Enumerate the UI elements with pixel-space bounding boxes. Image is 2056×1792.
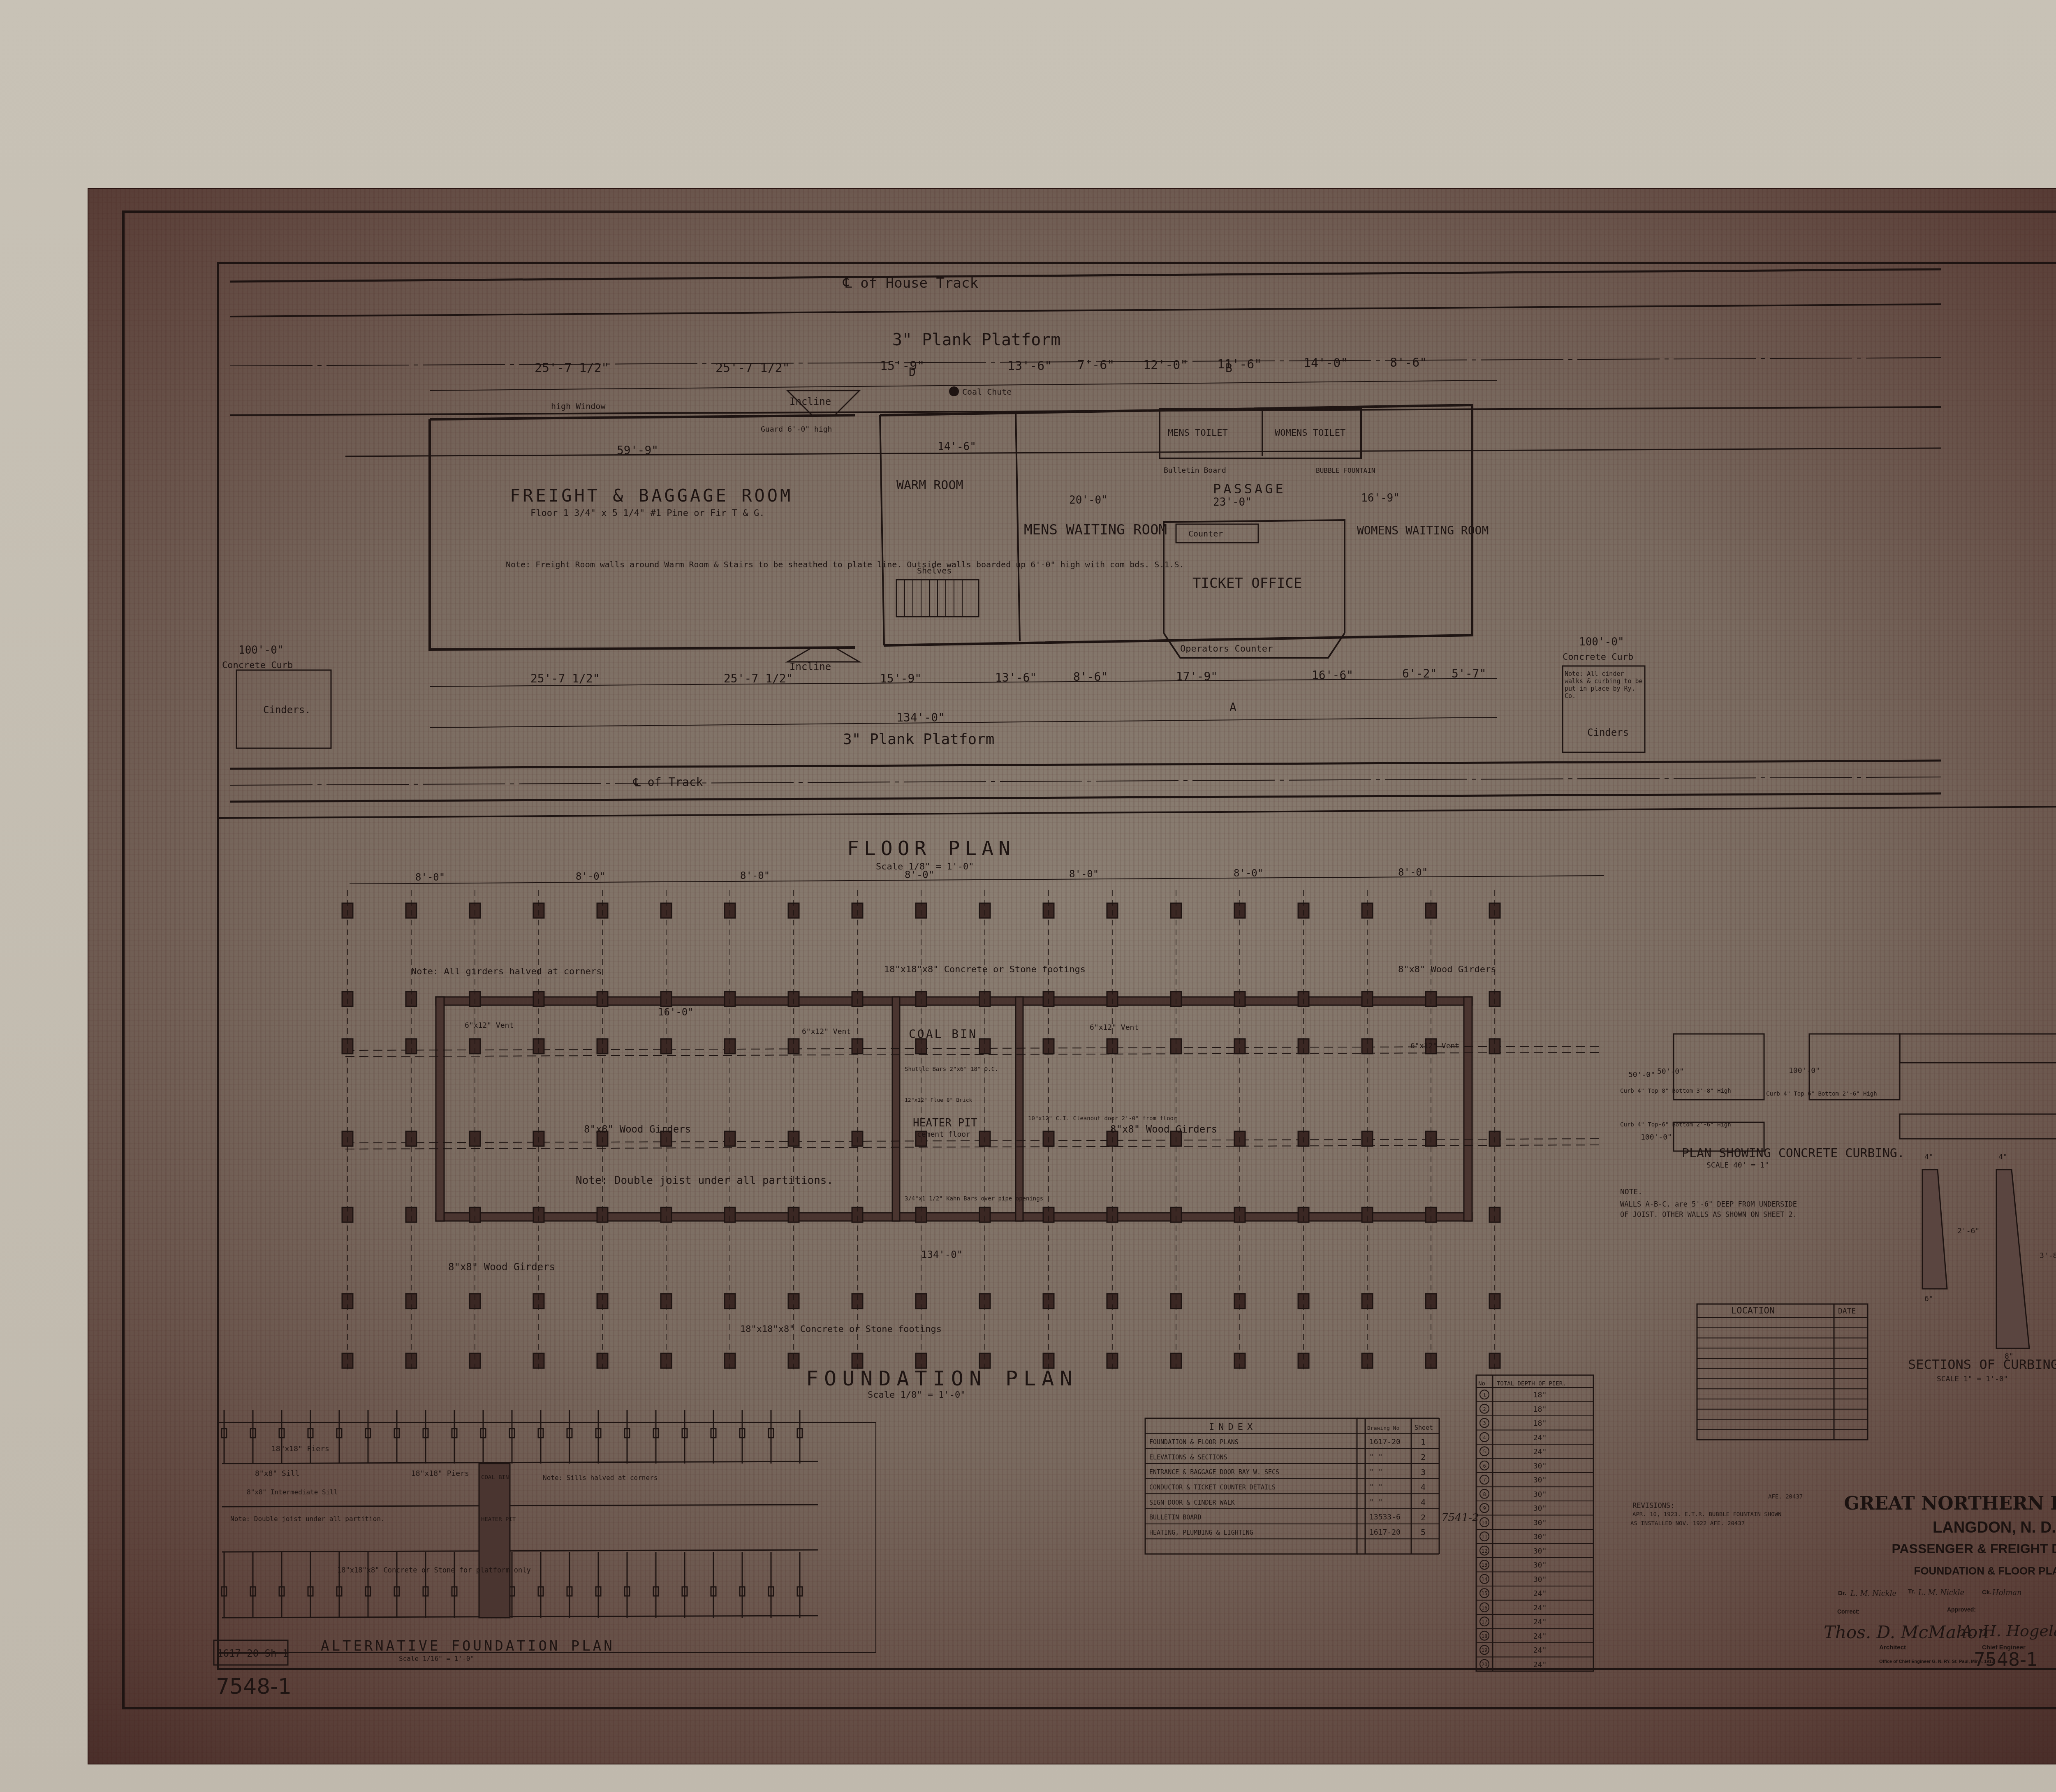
index-row-item: BULLETIN BOARD	[1149, 1514, 1201, 1521]
curb-right-dim: 100'-0"	[1579, 636, 1624, 648]
wood-girders-top: 8"x8" Wood Girders	[1398, 964, 1496, 975]
coal-bin-label: COAL BIN	[909, 1027, 977, 1041]
revision-line-1: APR. 10, 1923. E.T.R. BUBBLE FOUNTAIN SH…	[1632, 1511, 1781, 1518]
dim-womens: 16'-9"	[1361, 492, 1400, 504]
alt-heater-pit: HEATER PIT	[481, 1516, 516, 1523]
index-row-sheet: 2	[1421, 1452, 1426, 1462]
section-mark-a: A	[1229, 701, 1236, 714]
curbing-plan-scale: SCALE 40' = 1"	[1706, 1161, 1769, 1170]
curb-left-dim: 100'-0"	[238, 644, 284, 657]
alt-piers-label: 18"x18" Piers	[271, 1445, 329, 1453]
pier-row-depth: 30"	[1533, 1533, 1547, 1541]
vent-label-4: 6"x12" Vent	[1410, 1042, 1459, 1050]
guard-label: Guard 6'-0" high	[761, 425, 832, 434]
pier-row-depth: 24"	[1533, 1434, 1547, 1442]
bulletin-board-label: Bulletin Board	[1164, 466, 1226, 475]
index-row-sheet: 3	[1421, 1467, 1426, 1477]
pier-col-no: No	[1478, 1380, 1485, 1387]
afe-note: AFE. 20437	[1768, 1494, 1803, 1500]
floor-plan-title: FLOOR PLAN	[847, 837, 1015, 860]
inner-border	[218, 263, 2056, 1669]
pier-row-no: 8	[1483, 1491, 1486, 1497]
found-spacing-4: 8'-0"	[905, 869, 934, 881]
found-spacing-7: 8'-0"	[1398, 867, 1428, 878]
index-row-item: FOUNDATION & FLOOR PLANS	[1149, 1438, 1239, 1446]
index-title: INDEX	[1209, 1422, 1257, 1432]
pier-row-depth: 30"	[1533, 1462, 1547, 1471]
pier-row-no: 12	[1482, 1548, 1487, 1554]
alt-sill-label: 8"x8" Sill	[255, 1469, 299, 1478]
pier-row-no: 18	[1482, 1633, 1487, 1639]
dim-top-9: 8'-6"	[1390, 356, 1427, 370]
dim-bottom-2: 25'-7 1/2"	[724, 672, 793, 685]
dim-bottom-5: 8'-6"	[1073, 670, 1108, 684]
pier-row-depth: 18"	[1533, 1391, 1547, 1399]
curb-right-note: Note: All cinder walks & curbing to be p…	[1565, 670, 1643, 700]
footings-label-top: 18"x18"x8" Concrete or Stone footings	[884, 964, 1086, 975]
alt-platform-label: 18"x18"x8" Concrete or Stone for platfor…	[337, 1566, 531, 1575]
alt-foundation-plan: 18"x18" Piers 18"x18" Piers 8"x8" Sill 8…	[214, 1410, 876, 1699]
section1-bottom: 6"	[1924, 1295, 1933, 1303]
curb-right-label: Concrete Curb	[1563, 652, 1633, 662]
dim-bottom-9: 5'-7"	[1452, 667, 1486, 680]
depot-location: LANGDON, N. D.	[1933, 1519, 2056, 1536]
found-spacing-1: 8'-0"	[415, 872, 445, 883]
room-passage: PASSAGE	[1213, 481, 1286, 497]
outer-border	[123, 212, 2056, 1708]
pier-row-depth: 30"	[1533, 1490, 1547, 1499]
date-header: DATE	[1838, 1307, 1856, 1316]
architect-title: Architect	[1879, 1644, 1906, 1651]
dim-top-7: 11'-6"	[1217, 357, 1262, 372]
pier-row-no: 7	[1483, 1477, 1486, 1483]
pier-col-depth: TOTAL DEPTH OF PIER.	[1497, 1380, 1566, 1387]
pier-row-no: 11	[1482, 1534, 1487, 1540]
index-row-item: ENTRANCE & BAGGAGE DOOR BAY W. SECS	[1149, 1468, 1279, 1476]
pier-row-no: 5	[1483, 1449, 1486, 1454]
curb-left-fill: Cinders.	[263, 704, 311, 716]
sections-scale: SCALE 1" = 1'-0"	[1937, 1375, 2008, 1383]
correct-label: Correct:	[1837, 1608, 1859, 1615]
pier-row-depth: 18"	[1533, 1405, 1547, 1414]
pier-row-no: 14	[1482, 1577, 1487, 1582]
index-row-sheet: 1	[1421, 1437, 1426, 1447]
pier-row-depth: 24"	[1533, 1447, 1547, 1456]
found-spacing-3: 8'-0"	[740, 870, 770, 881]
freight-room-note: Note: Freight Room walls around Warm Roo…	[506, 560, 1184, 569]
curb-right-fill: Cinders	[1587, 727, 1629, 738]
pier-row-no: 13	[1482, 1562, 1487, 1568]
dim-bottom-3: 15'-9"	[880, 672, 921, 685]
room-womens-waiting: WOMENS WAITING ROOM	[1357, 524, 1489, 537]
found-spacing-6: 8'-0"	[1234, 867, 1263, 879]
curbing-dim-4: 100'-0"	[1789, 1066, 1820, 1075]
curb-b-label: Curb 4" Top 6" Bottom 2'-6" High	[1766, 1091, 1877, 1097]
pier-row-depth: 30"	[1533, 1575, 1547, 1584]
curb-a-label: Curb 4" Top 8" Bottom 3'-8" High	[1620, 1088, 1731, 1094]
dim-top-2: 25'-7 1/2"	[715, 361, 790, 375]
checked-label: Ck.	[1982, 1589, 1991, 1596]
pier-row-depth: 24"	[1533, 1632, 1547, 1641]
coal-chute-icon	[949, 386, 959, 396]
pier-row-no: 4	[1483, 1435, 1486, 1441]
freight-floor-spec: Floor 1 3/4" x 5 1/4" #1 Pine or Fir T &…	[530, 508, 765, 518]
dim-passage: 23'-0"	[1213, 496, 1252, 509]
pier-row-depth: 24"	[1533, 1660, 1547, 1669]
pier-row-depth: 30"	[1533, 1547, 1547, 1556]
section1-height: 2'-6"	[1957, 1227, 1980, 1235]
sections-title: SECTIONS OF CURBING.	[1908, 1357, 2056, 1372]
platform-top-label: 3" Plank Platform	[892, 331, 1060, 349]
railway-name: GREAT NORTHERN RAILWAY	[1844, 1493, 2056, 1514]
revision-line-2: AS INSTALLED NOV. 1922 AFE. 20437	[1630, 1520, 1745, 1527]
curbing-dim-3: 100'-0"	[1641, 1133, 1672, 1142]
traced-label: Tr.	[1908, 1588, 1915, 1595]
curb-section-1	[1922, 1170, 1947, 1289]
pier-row-no: 3	[1483, 1420, 1486, 1426]
index-row-sheet: 5	[1421, 1527, 1426, 1537]
pier-row-depth: 30"	[1533, 1504, 1547, 1513]
index-row-drawing: 1617-20	[1369, 1438, 1401, 1446]
drawing-number-bottom-left: 7548-1	[216, 1674, 292, 1699]
note-girders: Note: All girders halved at corners	[411, 967, 602, 977]
alt-foundation-title: ALTERNATIVE FOUNDATION PLAN	[321, 1638, 615, 1654]
foundation-plan-title: FOUNDATION PLAN	[806, 1367, 1078, 1390]
dim-bottom-1: 25'-7 1/2"	[530, 672, 600, 685]
drawing-canvas: ℄ of House Track 3" Plank Platform 25'-7…	[0, 0, 2056, 1792]
index-row-drawing: " "	[1369, 1453, 1383, 1461]
section-mark-d: D	[909, 365, 916, 379]
vent-label-3: 6"x12" Vent	[1090, 1023, 1139, 1032]
wood-girders-right: 8"x8" Wood Girders	[1110, 1124, 1217, 1135]
index-row-item: CONDUCTOR & TICKET COUNTER DETAILS	[1149, 1484, 1276, 1491]
index-row-drawing: 1617-20	[1369, 1528, 1401, 1537]
pier-row-no: 16	[1482, 1605, 1487, 1611]
alt-coal-bin: COAL BIN	[481, 1474, 509, 1481]
foundation-plan: 8'-0" 8'-0" 8'-0" 8'-0" 8'-0" 8'-0" 8'-0…	[342, 867, 1604, 1373]
curbing-note-label: NOTE.	[1620, 1188, 1642, 1196]
incline-bottom-label: Incline	[790, 661, 831, 673]
pier-row-depth: 24"	[1533, 1646, 1547, 1655]
section1-top: 4"	[1924, 1153, 1933, 1161]
pier-row-depth: 30"	[1533, 1519, 1547, 1527]
dim-top-5: 7'-6"	[1077, 358, 1114, 372]
index-row-sheet: 4	[1421, 1497, 1426, 1507]
pier-row-depth: 30"	[1533, 1476, 1547, 1484]
dim-bottom-7: 16'-6"	[1312, 668, 1353, 682]
incline-top-label: Incline	[790, 396, 831, 407]
curb-left-label: Concrete Curb	[222, 660, 293, 671]
counter-label: Counter	[1188, 529, 1223, 539]
found-spacing-2: 8'-0"	[576, 871, 605, 882]
index-row-drawing: 13533-6	[1369, 1513, 1401, 1521]
drawn-by: L. M. Nickle	[1850, 1589, 1896, 1598]
operators-counter-label: Operators Counter	[1180, 644, 1273, 654]
index-row-drawing: " "	[1369, 1483, 1383, 1491]
alt-piers-label-2: 18"x18" Piers	[411, 1469, 469, 1478]
room-warm-room: WARM ROOM	[896, 478, 963, 493]
pier-row-depth: 30"	[1533, 1561, 1547, 1570]
index-col-sheet: Sheet	[1415, 1424, 1433, 1431]
curbing-dim-1: 50'-0"	[1628, 1071, 1655, 1079]
section-mark-b: B	[1225, 361, 1232, 375]
dim-overall-floor: 134'-0"	[896, 711, 945, 724]
location-header: LOCATION	[1731, 1306, 1775, 1316]
pier-row-no: 1	[1483, 1392, 1486, 1398]
alt-foundation-scale: Scale 1/16" = 1'-0"	[399, 1655, 474, 1663]
house-track-label: ℄ of House Track	[843, 275, 978, 291]
curbing-dim-2: 50'-0"	[1657, 1067, 1684, 1076]
curbing-note-1: WALLS A-B-C. are 5'-6" DEEP FROM UNDERSI…	[1620, 1200, 1797, 1209]
index-table: INDEXDrawing NoSheetFOUNDATION & FLOOR P…	[1145, 1418, 1439, 1554]
dim-top-1: 25'-7 1/2"	[535, 361, 609, 375]
revisions-block: REVISIONS: APR. 10, 1923. E.T.R. BUBBLE …	[1630, 1502, 1781, 1527]
dim-warm: 14'-6"	[938, 441, 976, 453]
wood-girders-left: 8"x8" Wood Girders	[584, 1124, 691, 1135]
foundation-plan-scale: Scale 1/8" = 1'-0"	[868, 1390, 965, 1400]
room-freight-baggage: FREIGHT & BAGGAGE ROOM	[510, 486, 793, 506]
pier-row-no: 6	[1483, 1463, 1486, 1469]
dim-bottom-8: 6'-2"	[1402, 667, 1437, 680]
platform-bottom-label: 3" Plank Platform	[843, 731, 994, 748]
shuttle-bars-label: Shuttle Bars 2"x6" 18" O.C.	[905, 1066, 998, 1073]
dim-top-3: 15'-9"	[880, 359, 924, 373]
checked-by: Holman	[1992, 1589, 2022, 1597]
dim-mens: 20'-0"	[1069, 494, 1108, 506]
floor-plan: ℄ of House Track 3" Plank Platform 25'-7…	[222, 269, 1941, 802]
revisions-label: REVISIONS:	[1632, 1502, 1674, 1510]
section2-top: 4"	[1998, 1153, 2007, 1161]
index-row-sheet: 2	[1421, 1512, 1426, 1522]
section2-height: 3'-8"	[2040, 1251, 2056, 1260]
footings-label-bottom: 18"x18"x8" Concrete or Stone footings	[740, 1324, 942, 1334]
note-double-joist: Note: Double joist under all partitions.	[576, 1175, 833, 1187]
location-date-table: LOCATION DATE	[1697, 1304, 1868, 1440]
pier-row-no: 19	[1482, 1647, 1487, 1653]
cleanout-label: 10"x12" C.I. Cleanout door 2'-0" from fl…	[1028, 1115, 1177, 1122]
pier-row-no: 2	[1483, 1406, 1486, 1412]
found-spacing-5: 8'-0"	[1069, 868, 1099, 880]
pier-row-no: 10	[1482, 1520, 1487, 1526]
dim-16: 16'-0"	[658, 1006, 694, 1018]
curbing-note-2: OF JOIST. OTHER WALLS AS SHOWN ON SHEET …	[1620, 1211, 1797, 1219]
room-mens-toilet: MENS TOILET	[1168, 428, 1228, 438]
track-bottom-label: ℄ of Track	[633, 775, 703, 789]
plan-divider	[218, 806, 2056, 818]
index-row-drawing: " "	[1369, 1498, 1383, 1507]
pier-row-no: 15	[1482, 1591, 1487, 1596]
curbing-plan-title: PLAN SHOWING CONCRETE CURBING.	[1682, 1146, 1905, 1161]
dim-bottom-6: 17'-9"	[1176, 670, 1218, 683]
alt-note-joist: Note: Double joist under all partition.	[230, 1515, 385, 1523]
drawn-label: Dr.	[1838, 1590, 1846, 1597]
approved-label: Approved:	[1947, 1606, 1976, 1613]
heater-pit-label: HEATER PIT	[913, 1117, 977, 1129]
pier-row-no: 17	[1482, 1619, 1487, 1625]
traced-by: L. M. Nickle	[1918, 1589, 1964, 1597]
coal-chute-label: Coal Chute	[962, 387, 1012, 397]
pier-row-depth: 24"	[1533, 1618, 1547, 1626]
room-ticket-office: TICKET OFFICE	[1192, 575, 1302, 592]
struck-ref: 1617-20 Sh 1	[217, 1648, 288, 1659]
index-row-item: HEATING, PLUMBING & LIGHTING	[1149, 1529, 1253, 1536]
curb-section-2	[1996, 1170, 2029, 1348]
pier-row-depth: 18"	[1533, 1419, 1547, 1428]
index-row-sheet: 4	[1421, 1482, 1426, 1492]
curbing-sections: 4" 6" 2'-6" 4" 8" 3'-8" SECTIONS OF CURB…	[1908, 1153, 2056, 1383]
bubble-fountain-label: BUBBLE FOUNTAIN	[1316, 467, 1375, 474]
heater-floor-label: cement floor	[917, 1130, 970, 1139]
index-row-drawing: " "	[1369, 1468, 1383, 1476]
alt-intermediate-sill: 8"x8" Intermediate Sill	[247, 1488, 338, 1496]
concrete-curbing-plan: 50'-0" 50'-0" 100'-0" 100'-0" Curb 4" To…	[1620, 1034, 2056, 1219]
kahn-bars-label: 3/4"x1 1/2" Kahn Bars over pipe openings	[905, 1195, 1043, 1202]
dim-overall-found: 134'-0"	[921, 1249, 963, 1260]
project-name: PASSENGER & FREIGHT DEPOT	[1892, 1541, 2056, 1556]
wood-girders-bottom: 8"x8" Wood Girders	[448, 1261, 555, 1273]
dim-top-6: 12'-0"	[1143, 358, 1188, 372]
pier-row-depth: 24"	[1533, 1589, 1547, 1598]
dim-bottom-4: 13'-6"	[995, 671, 1037, 684]
pier-depth-table: No TOTAL DEPTH OF PIER. 118"218"318"424"…	[1476, 1375, 1593, 1671]
index-row-item: ELEVATIONS & SECTIONS	[1149, 1454, 1227, 1461]
flue-label: 12"x12" Flue 8" Brick	[905, 1097, 972, 1103]
chief-engineer-signature: A. H. Hogeland	[1960, 1622, 2056, 1640]
index-col-drawing: Drawing No	[1367, 1425, 1399, 1431]
index-side-note: 7541-2	[1441, 1512, 1479, 1524]
dim-freight: 59'-9"	[617, 444, 658, 457]
index-row-item: SIGN DOOR & CINDER WALK	[1149, 1499, 1235, 1506]
alt-note-sills: Note: Sills halved at corners	[543, 1474, 658, 1482]
vent-label-1: 6"x12" Vent	[465, 1021, 514, 1030]
sheet-title: FOUNDATION & FLOOR PLANS	[1914, 1565, 2056, 1577]
room-mens-waiting: MENS WAITING ROOM	[1024, 522, 1167, 538]
pier-row-no: 9	[1483, 1505, 1486, 1511]
high-window-label: high Window	[551, 401, 606, 411]
pier-row-no: 20	[1482, 1662, 1487, 1667]
vent-label-2: 6"x12" Vent	[802, 1027, 851, 1036]
dim-top-8: 14'-0"	[1304, 356, 1348, 370]
dim-top-4: 13'-6"	[1007, 359, 1052, 373]
title-block: GREAT NORTHERN RAILWAY LANGDON, N. D. PA…	[1768, 1493, 2056, 1670]
curb-c-label: Curb 4" Top-6" Bottom 2'-6" High	[1620, 1121, 1731, 1128]
pier-row-depth: 24"	[1533, 1604, 1547, 1612]
drawing-number: 7548-1	[1974, 1649, 2038, 1670]
room-womens-toilet: WOMENS TOILET	[1275, 428, 1345, 438]
